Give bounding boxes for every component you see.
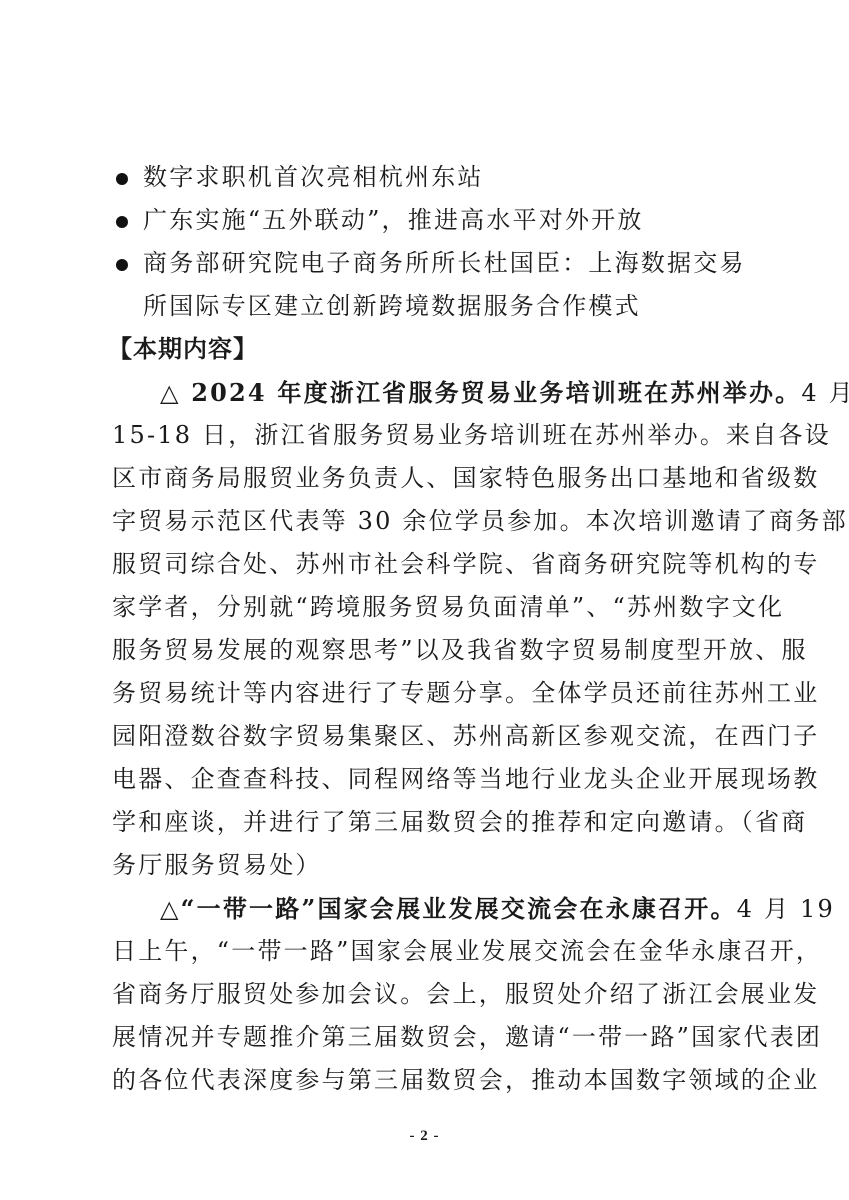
highlight-text: 数字求职机首次亮相杭州东站 bbox=[143, 163, 484, 191]
article-line: 服务贸易发展的观察思考”以及我省数字贸易制度型开放、服 bbox=[112, 629, 743, 672]
article-line: 15-18 日，浙江省服务贸易业务培训班在苏州举办。来自各设 bbox=[112, 414, 743, 457]
article-line: 务贸易统计等内容进行了专题分享。全体学员还前往苏州工业 bbox=[112, 672, 743, 715]
article-headline: △ 2024 年度浙江省服务贸易业务培训班在苏州举办。 bbox=[160, 378, 801, 407]
article-headline-line: △“一带一路”国家会展业发展交流会在永康召开。4 月 19 bbox=[112, 887, 743, 930]
article-headline-line: △ 2024 年度浙江省服务贸易业务培训班在苏州举办。4 月 bbox=[112, 371, 743, 414]
article-text: 4 月 19 bbox=[737, 895, 835, 923]
article-line: 省商务厅服贸处参加会议。会上，服贸处介绍了浙江会展业发 bbox=[112, 973, 743, 1016]
article-line: 学和座谈，并进行了第三届数贸会的推荐和定向邀请。（省商 bbox=[112, 801, 743, 844]
document-page: 数字求职机首次亮相杭州东站 广东实施“五外联动”，推进高水平对外开放 商务部研究… bbox=[112, 156, 743, 1102]
bullet-icon bbox=[116, 216, 128, 228]
article-line: 的各位代表深度参与第三届数贸会，推动本国数字领域的企业 bbox=[112, 1059, 743, 1102]
highlight-text-continued: 所国际专区建立创新跨境数据服务合作模式 bbox=[112, 285, 743, 328]
highlight-text: 商务部研究院电子商务所所长杜国臣：上海数据交易 bbox=[143, 249, 746, 277]
article-text: 4 月 bbox=[801, 379, 849, 407]
article-line: 务厅服务贸易处） bbox=[112, 844, 743, 887]
article-line: 家学者，分别就“跨境服务贸易负面清单”、“苏州数字文化 bbox=[112, 586, 743, 629]
article-line: 园阳澄数谷数字贸易集聚区、苏州高新区参观交流，在西门子 bbox=[112, 715, 743, 758]
section-title: 【本期内容】 bbox=[108, 328, 743, 371]
article-line: 字贸易示范区代表等 30 余位学员参加。本次培训邀请了商务部 bbox=[112, 500, 743, 543]
bullet-icon bbox=[116, 173, 128, 185]
article-line: 电器、企查查科技、同程网络等当地行业龙头企业开展现场教 bbox=[112, 758, 743, 801]
article-line: 日上午，“一带一路”国家会展业发展交流会在金华永康召开， bbox=[112, 930, 743, 973]
highlight-item: 数字求职机首次亮相杭州东站 bbox=[112, 156, 743, 199]
page-number: - 2 - bbox=[0, 1128, 849, 1145]
article-headline: △“一带一路”国家会展业发展交流会在永康召开。 bbox=[160, 894, 737, 923]
article-line: 展情况并专题推介第三届数贸会，邀请“一带一路”国家代表团 bbox=[112, 1016, 743, 1059]
highlight-text: 广东实施“五外联动”，推进高水平对外开放 bbox=[143, 206, 644, 234]
highlight-item: 广东实施“五外联动”，推进高水平对外开放 bbox=[112, 199, 743, 242]
highlight-item: 商务部研究院电子商务所所长杜国臣：上海数据交易 bbox=[112, 242, 743, 285]
article-line: 服贸司综合处、苏州市社会科学院、省商务研究院等机构的专 bbox=[112, 543, 743, 586]
article-line: 区市商务局服贸业务负责人、国家特色服务出口基地和省级数 bbox=[112, 457, 743, 500]
bullet-icon bbox=[116, 259, 128, 271]
